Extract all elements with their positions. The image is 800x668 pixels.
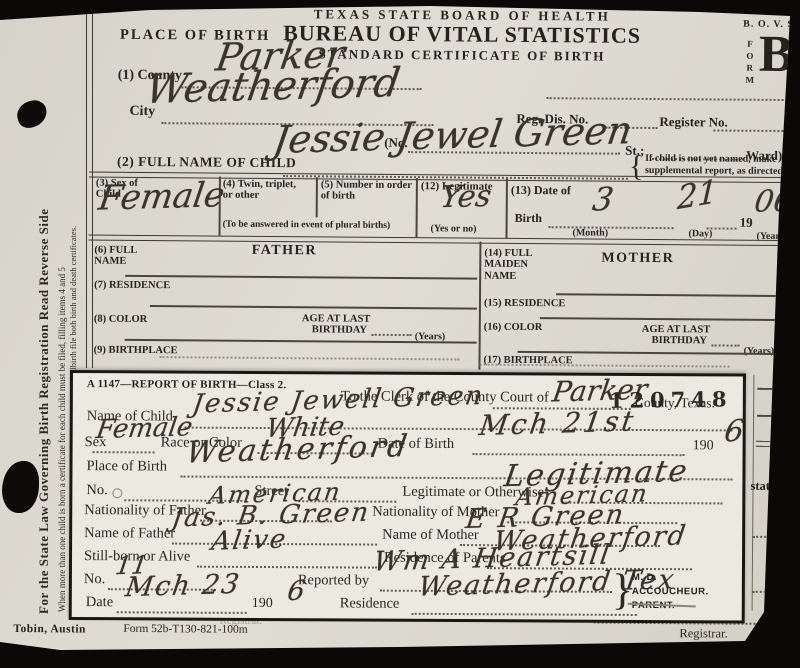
grid-divider-4 xyxy=(505,179,507,238)
father-age-label-2: BIRTHDAY xyxy=(312,324,367,336)
city-handwritten: Weatherford xyxy=(144,65,403,108)
report-date-label: Date xyxy=(86,595,113,610)
father-name-line xyxy=(125,275,477,279)
grid-divider-3 xyxy=(415,178,417,237)
father-residence-label: (7) RESIDENCE xyxy=(94,280,170,292)
date-of-birth-label-2: Birth xyxy=(515,212,542,225)
report-year-prefix: 190 xyxy=(693,439,714,453)
father-age-line xyxy=(372,334,412,336)
father-residence-line xyxy=(150,305,477,309)
torn-edge xyxy=(479,364,729,368)
fragment-line xyxy=(757,388,793,390)
legitimate-handwritten: Yes xyxy=(439,183,493,211)
fragment-dots xyxy=(753,591,793,593)
report-date-year-prefix: 190 xyxy=(252,597,273,611)
month-line xyxy=(549,226,674,229)
report-place-label: Place of Birth xyxy=(86,459,167,474)
birth-year-handwritten: 06 xyxy=(753,188,795,216)
sex-handwritten: Female xyxy=(97,180,227,214)
year-prefix: 19 xyxy=(740,216,753,230)
report-dob-handwritten: Mch 21st xyxy=(478,408,638,438)
child-name-handwritten: Jessie Jewel Green xyxy=(271,113,634,157)
register-no-label: Register No. xyxy=(659,115,727,130)
report-place-handwritten: Weatherford xyxy=(184,433,411,467)
date-of-birth-label-1: (13) Date of xyxy=(511,184,571,197)
mother-age-line xyxy=(712,344,740,346)
torn-edge xyxy=(160,356,460,360)
certificate-paper: For the State Law Governing Birth Regist… xyxy=(0,0,800,668)
fragment-line xyxy=(757,415,793,417)
registrar-label: Registrar. xyxy=(679,627,727,640)
stated-fragment: stated. xyxy=(750,480,785,494)
report-residence-line xyxy=(412,613,637,616)
form-word-vertical: FORM xyxy=(745,39,755,99)
role-md: M. D. xyxy=(632,572,657,583)
birth-month-handwritten: 3 xyxy=(591,185,616,214)
birth-order-label: (5) Number in order of birth xyxy=(321,179,412,202)
register-line xyxy=(713,129,795,132)
legitimate-hint: (Yes or no) xyxy=(431,224,477,235)
report-date-line xyxy=(117,611,247,614)
father-color-label: (8) COLOR xyxy=(94,314,147,326)
report-date-year-handwritten: 6 xyxy=(286,580,307,605)
twin-label: (4) Twin, triplet, or other xyxy=(223,179,296,202)
form-number: Form 52b-T130-821-100m xyxy=(123,624,247,636)
scanned-birth-certificate: For the State Law Governing Birth Regist… xyxy=(0,0,800,668)
fragment-rule xyxy=(756,441,794,447)
mother-residence-line xyxy=(540,317,792,320)
report-of-birth-card: A 1147—REPORT OF BIRTH—Class 2. To the C… xyxy=(69,370,746,624)
report-sex-line xyxy=(93,451,155,453)
father-name-label-report: Name of Father xyxy=(84,526,175,541)
supplemental-note-1: If child is not yet named, make xyxy=(645,154,776,166)
full-name-label: (2) FULL NAME OF CHILD xyxy=(117,155,296,171)
fragment-dots xyxy=(753,536,793,538)
father-name-label: (6) FULL NAME xyxy=(94,245,137,268)
mother-residence-label: (15) RESIDENCE xyxy=(484,298,565,310)
reported-by-label: Reported by xyxy=(298,573,369,588)
blank-line xyxy=(547,97,795,101)
father-birthplace-label: (9) BIRTHPLACE xyxy=(94,345,178,357)
mother-age-label-2: BIRTHDAY xyxy=(652,335,707,347)
report-date-handwritten: Mch 23 xyxy=(124,573,243,601)
mother-name-label: (14) FULL MAIDEN NAME xyxy=(484,248,532,282)
mother-name-line xyxy=(556,293,792,296)
birth-day-handwritten: 21 xyxy=(677,177,718,213)
cert-no-label: No. xyxy=(84,572,105,587)
printer-credit: Tobin, Austin xyxy=(13,623,86,636)
report-residence-label: Residence xyxy=(340,596,400,611)
form-letter-b: B xyxy=(759,27,794,83)
stillborn-handwritten: Alive xyxy=(210,528,289,554)
father-header: FATHER xyxy=(90,242,478,260)
smudge-mark xyxy=(112,488,122,498)
role-accoucheur: ACCOUCHEUR. xyxy=(632,586,709,597)
stillborn-line xyxy=(197,566,377,569)
roles-brace: } xyxy=(612,564,633,615)
mother-color-label: (16) COLOR xyxy=(484,322,543,334)
plural-births-note: (To be answered in event of plural birth… xyxy=(223,220,391,232)
grid-divider-2 xyxy=(316,177,318,217)
report-no-label: No. xyxy=(86,483,107,498)
report-year-handwritten: 6 xyxy=(723,418,746,446)
